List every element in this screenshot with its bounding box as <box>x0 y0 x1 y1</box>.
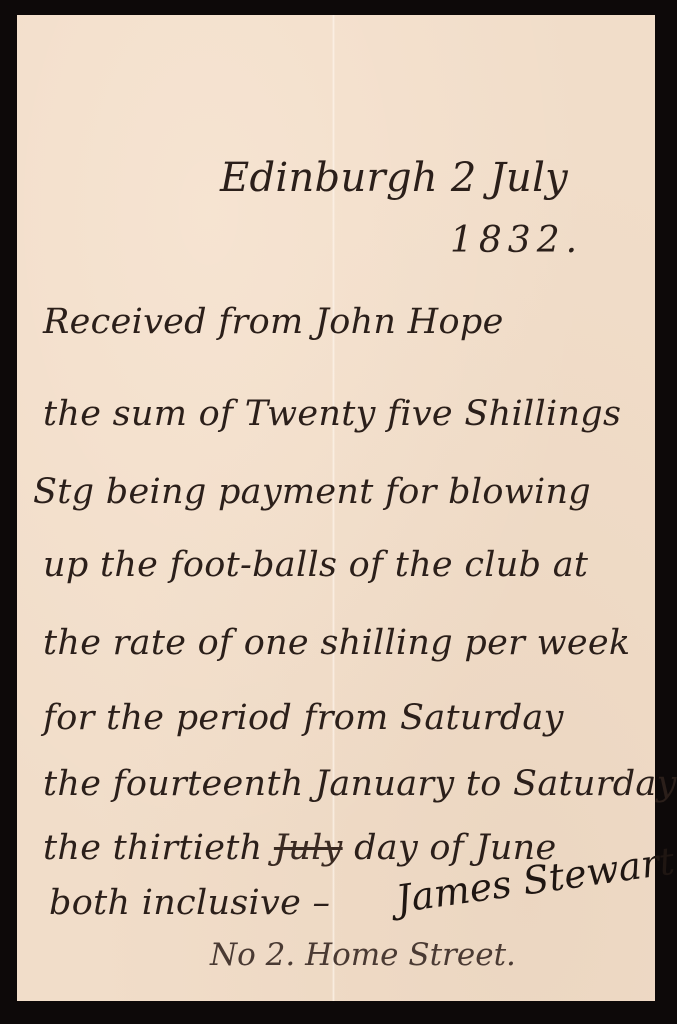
receipt-line-5: the rate of one shilling per week <box>43 623 630 663</box>
receipt-line-4: up the foot-balls of the club at <box>43 545 588 585</box>
place-and-date: Edinburgh 2 July <box>220 155 568 201</box>
receipt-line-1: Received from John Hope <box>43 302 504 342</box>
year: 1832. <box>450 220 583 261</box>
receipt-line-9: both inclusive – <box>49 883 330 923</box>
receipt-paper: Edinburgh 2 July 1832. Received from Joh… <box>17 15 655 1001</box>
address: No 2. Home Street. <box>210 937 516 973</box>
receipt-line-6: for the period from Saturday <box>43 698 564 738</box>
line-8-start: the thirtieth <box>43 828 274 868</box>
receipt-line-2: the sum of Twenty five Shillings <box>43 394 621 434</box>
receipt-line-8: the thirtieth July day of June <box>43 828 557 868</box>
struck-out-word: July <box>274 828 343 868</box>
receipt-line-7: the fourteenth January to Saturday <box>43 764 677 804</box>
receipt-line-3: Stg being payment for blowing <box>33 472 591 512</box>
